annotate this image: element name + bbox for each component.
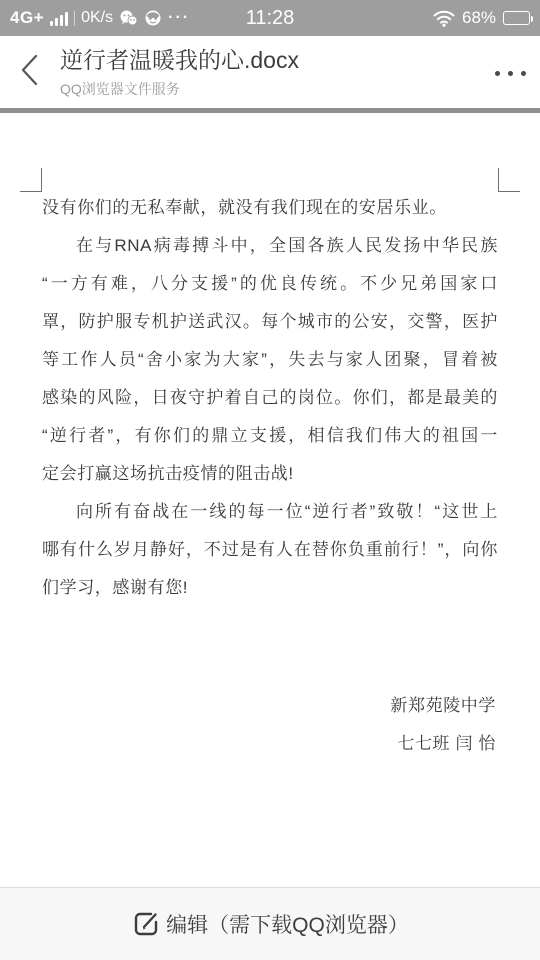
- text-line: 们学习，感谢有您!: [42, 569, 498, 607]
- document-header: 逆行者温暖我的心.docx QQ浏览器文件服务: [0, 36, 540, 108]
- text-line: “逆行者”，有你们的鼎立支援，相信我们伟大的祖国一: [42, 417, 498, 455]
- battery-icon: [503, 11, 530, 25]
- document-page[interactable]: 没有你们的无私奉献，就没有我们现在的安居乐业。 在与RNA病毒搏斗中，全国各族人…: [0, 113, 540, 887]
- status-bar: 4G+ 0K/s: [0, 0, 540, 36]
- qq-notification-icon: [144, 9, 162, 27]
- document-service-subtitle: QQ浏览器文件服务: [60, 79, 478, 99]
- text-line: 哪有什么岁月静好，不过是有人在替你负重前行！”，向你: [42, 531, 498, 569]
- battery-percent-label: 68%: [462, 8, 496, 28]
- wechat-notification-icon: [119, 9, 138, 27]
- chevron-left-icon: [19, 52, 41, 88]
- text-line: 感染的风险，日夜守护着自己的岗位。你们，都是最美的: [42, 379, 498, 417]
- edit-button-label: 编辑（需下载QQ浏览器）: [166, 909, 409, 939]
- signature-author: 七七班 闫 怡: [42, 725, 498, 763]
- more-menu-button[interactable]: [478, 45, 526, 95]
- document-text: 没有你们的无私奉献，就没有我们现在的安居乐业。 在与RNA病毒搏斗中，全国各族人…: [42, 189, 498, 763]
- signal-strength-icon: [50, 11, 68, 26]
- more-notifications-icon: ···: [168, 9, 190, 27]
- phone-screen: 4G+ 0K/s: [0, 0, 540, 960]
- status-bar-right: 68%: [294, 8, 530, 28]
- bottom-action-bar: 编辑（需下载QQ浏览器）: [0, 887, 540, 960]
- clock-label: 11:28: [246, 7, 295, 30]
- text-line: 罩，防护服专机护送武汉。每个城市的公安，交警，医护: [42, 303, 498, 341]
- margin-cropmark-top-left: [20, 168, 42, 192]
- ellipsis-icon: [495, 71, 500, 76]
- title-block: 逆行者温暖我的心.docx QQ浏览器文件服务: [52, 42, 478, 99]
- edit-pencil-icon: [131, 909, 161, 939]
- wifi-icon: [433, 10, 455, 27]
- signature-block: 新郑苑陵中学 七七班 闫 怡: [42, 687, 498, 763]
- status-bar-left: 4G+ 0K/s: [10, 8, 246, 28]
- margin-cropmark-top-right: [498, 168, 520, 192]
- document-title: 逆行者温暖我的心.docx: [60, 42, 478, 75]
- text-line: 向所有奋战在一线的每一位“逆行者”致敬！“这世上: [42, 493, 498, 531]
- text-line: 在与RNA病毒搏斗中，全国各族人民发扬中华民族: [42, 227, 498, 265]
- text-line: 没有你们的无私奉献，就没有我们现在的安居乐业。: [42, 189, 498, 227]
- signature-school: 新郑苑陵中学: [42, 687, 498, 725]
- network-speed-label: 0K/s: [81, 9, 113, 27]
- text-line: 等工作人员“舍小家为大家”，失去与家人团聚，冒着被: [42, 341, 498, 379]
- text-line: 定会打赢这场抗击疫情的阻击战!: [42, 455, 498, 493]
- status-divider: [74, 11, 75, 26]
- text-line: “一方有难，八分支援”的优良传统。不少兄弟国家口: [42, 265, 498, 303]
- back-button[interactable]: [8, 45, 52, 95]
- network-type-label: 4G+: [10, 8, 44, 28]
- edit-document-button[interactable]: 编辑（需下载QQ浏览器）: [131, 909, 409, 939]
